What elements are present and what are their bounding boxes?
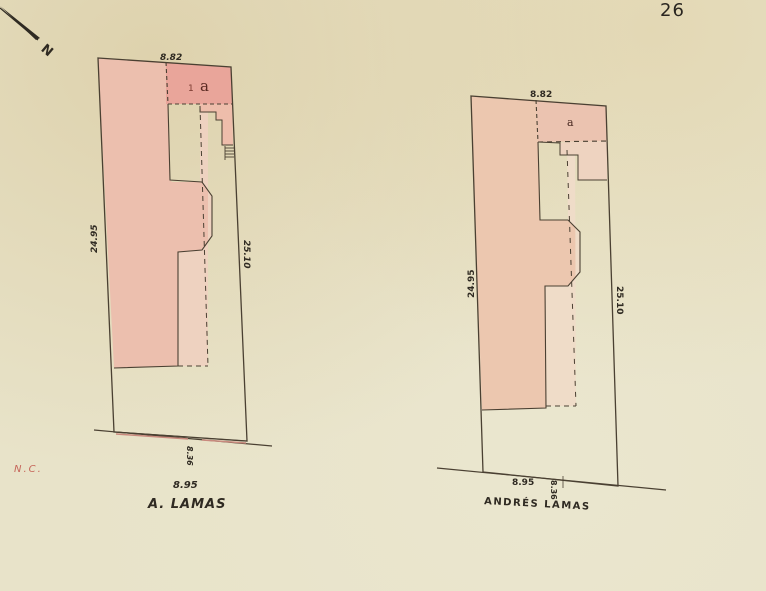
right-depth-right: 25.10 bbox=[614, 286, 624, 314]
left-setback: 8.36 bbox=[185, 446, 194, 466]
north-arrow-icon: N bbox=[0, 6, 56, 60]
left-street-name: A. LAMAS bbox=[147, 497, 226, 512]
right-plan: 8.82 a 24.95 25.10 8.36 8.95 ANDRÉS LAMA… bbox=[437, 90, 666, 513]
plan-drawing: N bbox=[0, 0, 766, 591]
right-front-width: 8.95 bbox=[512, 478, 534, 488]
right-annex-label: a bbox=[567, 116, 574, 129]
left-plan: 8.82 1 a 24.95 25.10 8.36 8.95 A. LAMAS bbox=[90, 53, 272, 512]
right-stair-block bbox=[560, 141, 607, 180]
left-annex-label: a bbox=[200, 77, 209, 95]
left-depth-left: 24.95 bbox=[90, 225, 100, 253]
right-setback: 8.36 bbox=[549, 480, 558, 500]
left-rear-width: 8.82 bbox=[160, 53, 182, 63]
right-street-name: ANDRÉS LAMAS bbox=[484, 494, 591, 513]
left-annex-a bbox=[166, 62, 232, 104]
right-rear-width: 8.82 bbox=[530, 90, 552, 100]
right-depth-left: 24.95 bbox=[467, 270, 477, 298]
left-depth-right: 25.10 bbox=[241, 240, 251, 268]
left-front-width: 8.95 bbox=[173, 480, 198, 491]
plan-sheet: 26 N.C. N bbox=[0, 0, 766, 591]
left-annex-mark: 1 bbox=[188, 84, 194, 94]
north-label: N bbox=[38, 42, 56, 60]
stairs-icon bbox=[225, 146, 234, 160]
